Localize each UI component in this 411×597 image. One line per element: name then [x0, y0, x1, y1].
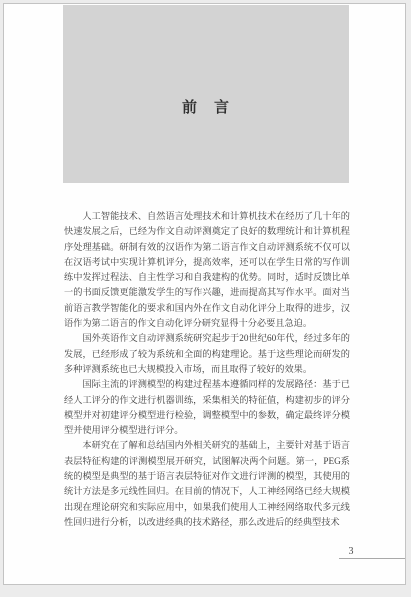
paragraph-4: 本研究在了解和总结国内外相关研究的基础上，主要针对基于语言表层特征构建的评测模型…	[64, 438, 350, 530]
paragraph-3: 国际主流的评测模型的构建过程基本遵循同样的发展路径：基于已经人工评分的作文进行机…	[64, 377, 350, 438]
page-number: 3	[340, 546, 362, 558]
paragraph-1: 人工智能技术、自然语言处理技术和计算机技术在经历了几十年的快速发展之后，已经为作…	[64, 209, 350, 331]
chapter-title-block: 前 言	[63, 5, 349, 183]
footer-rule	[339, 558, 405, 559]
paragraph-2: 国外英语作文自动评测系统研究起步于20世纪60年代，经过多年的发展，已经形成了较…	[64, 331, 350, 377]
body-text: 人工智能技术、自然语言处理技术和计算机技术在经历了几十年的快速发展之后，已经为作…	[64, 209, 350, 530]
chapter-title: 前 言	[63, 5, 349, 116]
book-page: 前 言 人工智能技术、自然语言处理技术和计算机技术在经历了几十年的快速发展之后，…	[3, 3, 406, 585]
